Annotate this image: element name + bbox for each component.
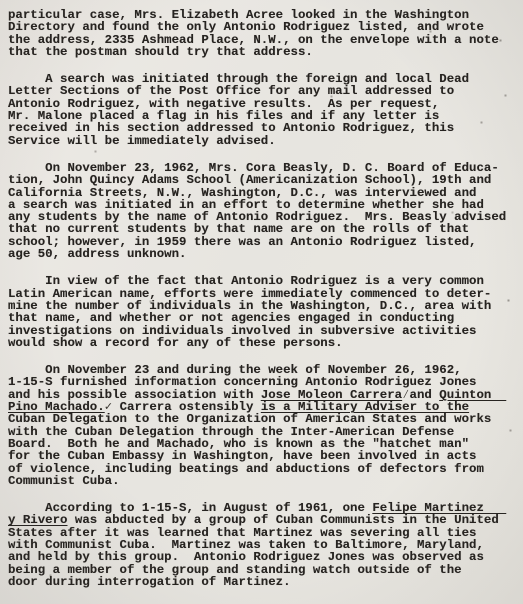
text-segment: Communist Cuba.	[8, 474, 120, 488]
text-line: that the postman should try that address…	[8, 46, 523, 58]
paragraph: A search was initiated through the forei…	[8, 73, 523, 147]
scan-speckles	[0, 0, 1, 1]
paragraph: particular case, Mrs. Elizabeth Acree lo…	[8, 9, 523, 58]
text-line: would show a record for any of these per…	[8, 337, 523, 349]
text-segment: door during interrogation of Martinez.	[8, 575, 291, 589]
text-line: door during interrogation of Martinez.	[8, 576, 523, 588]
text-segment: that the postman should try that address…	[8, 45, 313, 59]
paragraph: According to 1-15-S, in August of 1961, …	[8, 502, 523, 588]
paragraph: On November 23, 1962, Mrs. Cora Beasly, …	[8, 162, 523, 260]
text-segment: Service will be immediately advised.	[8, 134, 276, 148]
document-body: particular case, Mrs. Elizabeth Acree lo…	[8, 9, 523, 588]
text-segment: age 50, address unknown.	[8, 247, 186, 261]
text-line: Service will be immediately advised.	[8, 135, 523, 147]
text-line: Communist Cuba.	[8, 475, 523, 487]
paragraph: In view of the fact that Antonio Rodrigu…	[8, 275, 523, 349]
document-page: particular case, Mrs. Elizabeth Acree lo…	[0, 0, 523, 604]
text-segment: would show a record for any of these per…	[8, 336, 343, 350]
text-line: age 50, address unknown.	[8, 248, 523, 260]
paragraph: On November 23 and during the week of No…	[8, 364, 523, 487]
